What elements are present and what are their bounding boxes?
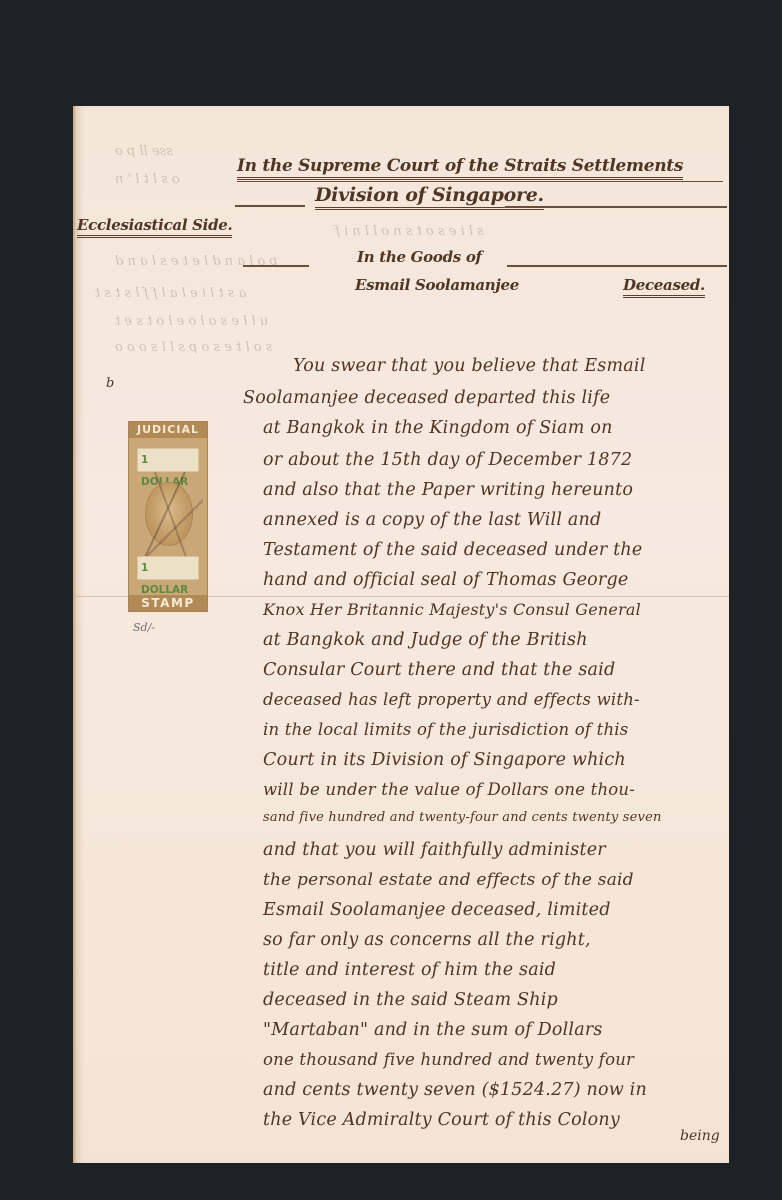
stamp-signature: Sd/- bbox=[133, 621, 155, 634]
stamp-value-top: 1 DOLLAR bbox=[137, 448, 199, 472]
body-line: and cents twenty seven ($1524.27) now in bbox=[263, 1080, 647, 1100]
bleed-through-text: u l l e s o l o e l o t s e t bbox=[115, 314, 268, 329]
bleed-through-text: s o l t e s o p s l l s o o o bbox=[115, 340, 272, 355]
body-line: at Bangkok in the Kingdom of Siam on bbox=[263, 418, 613, 438]
body-line: or about the 15th day of December 1872 bbox=[263, 450, 632, 470]
heading-rule bbox=[237, 181, 723, 182]
body-line: title and interest of him the said bbox=[263, 960, 556, 980]
goods-rule-right bbox=[507, 265, 727, 267]
body-line: Soolamanjee deceased departed this life bbox=[243, 388, 610, 408]
body-line: the personal estate and effects of the s… bbox=[263, 870, 634, 890]
bleed-through-text: a s t l i e l a l f f l s t s t bbox=[95, 286, 246, 301]
stamp-cancellation-mark bbox=[133, 472, 203, 562]
side-heading: Ecclesiastical Side. bbox=[77, 216, 232, 238]
court-heading: In the Supreme Court of the Straits Sett… bbox=[237, 156, 683, 180]
body-line: deceased has left property and effects w… bbox=[263, 690, 640, 709]
stamp-bottom-label: STAMP bbox=[129, 595, 207, 611]
body-line: sand five hundred and twenty-four and ce… bbox=[263, 810, 662, 825]
margin-note: b bbox=[106, 376, 114, 391]
body-line: deceased in the said Steam Ship bbox=[263, 990, 558, 1010]
judicial-stamp: JUDICIAL 1 DOLLAR 1 DOLLAR STAMP bbox=[128, 421, 208, 612]
body-line: the Vice Admiralty Court of this Colony bbox=[263, 1110, 620, 1130]
bleed-through-text: o s l t l ' n bbox=[115, 172, 180, 187]
body-line: at Bangkok and Judge of the British bbox=[263, 630, 588, 650]
document-page: sse ll p o o s l t l ' n s l i e s o t s… bbox=[73, 106, 729, 1163]
body-line: Consular Court there and that the said bbox=[263, 660, 615, 680]
goods-rule-left bbox=[243, 265, 309, 267]
deceased-label: Deceased. bbox=[623, 276, 705, 298]
body-line: and also that the Paper writing hereunto bbox=[263, 480, 633, 500]
body-line: hand and official seal of Thomas George bbox=[263, 570, 628, 590]
body-line: Knox Her Britannic Majesty's Consul Gene… bbox=[263, 600, 641, 619]
body-line: will be under the value of Dollars one t… bbox=[263, 780, 635, 799]
bleed-through-text: s l i e s o t s n o l l n i f bbox=[335, 224, 484, 239]
deceased-name: Esmail Soolamanjee bbox=[355, 276, 519, 294]
body-line: "Martaban" and in the sum of Dollars bbox=[263, 1020, 603, 1040]
body-line: one thousand five hundred and twenty fou… bbox=[263, 1050, 634, 1069]
body-line: and that you will faithfully administer bbox=[263, 840, 606, 860]
division-rule-right bbox=[505, 206, 727, 208]
bleed-through-text: sse ll p o bbox=[115, 144, 173, 159]
body-line: Esmail Soolamanjee deceased, limited bbox=[263, 900, 611, 920]
body-line: annexed is a copy of the last Will and bbox=[263, 510, 601, 530]
stamp-top-label: JUDICIAL bbox=[129, 422, 207, 438]
division-rule-left bbox=[235, 205, 305, 207]
body-line: in the local limits of the jurisdiction … bbox=[263, 720, 628, 739]
catchword: being bbox=[680, 1128, 720, 1144]
body-line: Court in its Division of Singapore which bbox=[263, 750, 626, 770]
body-line: so far only as concerns all the right, bbox=[263, 930, 591, 950]
body-line: Testament of the said deceased under the bbox=[263, 540, 642, 560]
goods-heading: In the Goods of bbox=[357, 248, 482, 266]
body-line: You swear that you believe that Esmail bbox=[293, 356, 646, 376]
stamp-value-bottom: 1 DOLLAR bbox=[137, 556, 199, 580]
